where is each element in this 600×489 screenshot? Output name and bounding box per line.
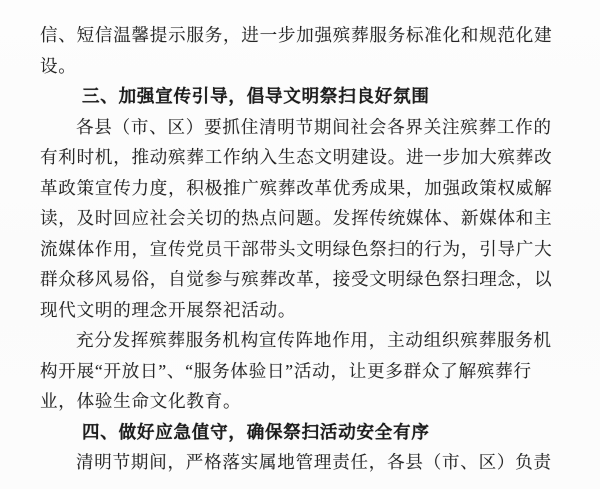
text-line: 有利时机，推动殡葬工作纳入生态文明建设。进一步加大殡葬改 [40,142,555,173]
text-line: 信、短信温馨提示服务，进一步加强殡葬服务标准化和规范化建 [40,20,555,51]
text-line: 构开展“开放日”、“服务体验日”活动，让更多群众了解殡葬行 [40,356,555,387]
text-line: 流媒体作用，宣传党员干部带头文明绿色祭扫的行为，引导广大 [40,234,555,265]
section-heading: 三、加强宣传引导，倡导文明祭扫良好氛围 [40,81,555,112]
document-page: 信、短信温馨提示服务，进一步加强殡葬服务标准化和规范化建设。三、加强宣传引导，倡… [0,0,600,489]
document-text: 信、短信温馨提示服务，进一步加强殡葬服务标准化和规范化建设。三、加强宣传引导，倡… [40,20,555,478]
text-line: 现代文明的理念开展祭祀活动。 [40,295,555,326]
text-line: 群众移风易俗，自觉参与殡葬改革，接受文明绿色祭扫理念，以 [40,264,555,295]
text-line: 各县（市、区）要抓住清明节期间社会各界关注殡葬工作的 [40,112,555,143]
text-line: 清明节期间，严格落实属地管理责任，各县（市、区）负责 [40,447,555,478]
text-line: 革政策宣传力度，积极推广殡葬改革优秀成果，加强政策权威解 [40,173,555,204]
text-line: 设。 [40,51,555,82]
section-heading: 四、做好应急值守，确保祭扫活动安全有序 [40,417,555,448]
text-line: 业，体验生命文化教育。 [40,386,555,417]
text-line: 读，及时回应社会关切的热点问题。发挥传统媒体、新媒体和主 [40,203,555,234]
text-line: 充分发挥殡葬服务机构宣传阵地作用，主动组织殡葬服务机 [40,325,555,356]
